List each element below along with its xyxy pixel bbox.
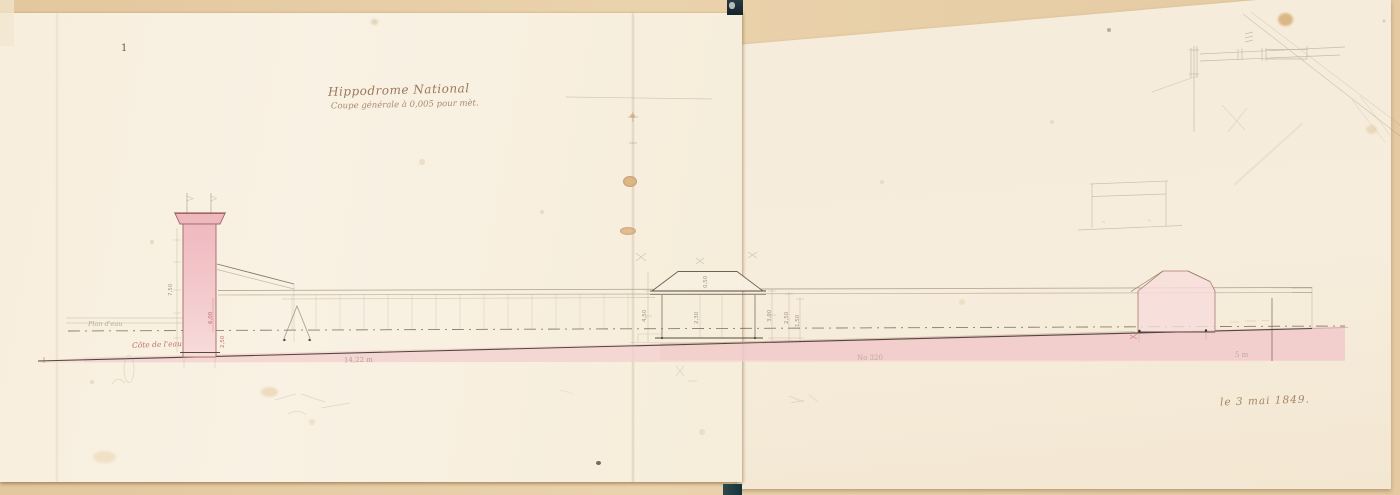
detail-rectangle-sketch — [1078, 181, 1182, 230]
ink-speck — [1107, 28, 1111, 32]
dimension-pavilion-right-a: 3,00 — [767, 310, 773, 322]
central-pavilion — [630, 252, 804, 343]
fold-damage-spot — [623, 176, 637, 187]
fold-crosses — [566, 97, 712, 143]
ink-speck — [596, 461, 601, 465]
page-number-mark: 1 — [121, 44, 127, 54]
dimension-pavilion-left: 4,50 — [642, 310, 648, 322]
scale-mark-note: 5 m — [1235, 352, 1248, 359]
scanned-drawing-canvas: 1 Hippodrome National Coupe générale à 0… — [0, 0, 1400, 495]
paper-stain — [1278, 13, 1293, 26]
tower-section — [173, 193, 311, 368]
water-level-label: Côte de l'eau — [132, 340, 182, 349]
datum-label: Plan d'eau — [88, 321, 122, 328]
dimension-pavilion-inner-top: 0,50 — [703, 276, 709, 288]
dimension-pavilion-right-b: 2,50 — [784, 312, 790, 324]
binding-clip-bottom — [723, 484, 742, 495]
pencil-scribbles — [112, 356, 818, 416]
paper-stain — [371, 19, 378, 25]
paper-stain — [261, 387, 278, 397]
elevation-drawing — [0, 0, 1400, 495]
dimension-tower-base: 2,50 — [220, 336, 226, 348]
binding-clip-glint — [729, 2, 735, 9]
dimension-pavilion-inner: 2,30 — [694, 312, 700, 324]
title-inscription: Hippodrome National — [328, 82, 470, 98]
gallery-length-note: 14,22 m — [344, 357, 373, 365]
fold-damage-spot — [630, 114, 635, 118]
dimension-tower-height: 7,50 — [168, 284, 174, 296]
binding-clip-top — [727, 0, 743, 15]
dimension-tower-right: 6,00 — [208, 312, 214, 324]
paper-stain — [93, 451, 116, 463]
dimension-pavilion-right-c: 1,50 — [795, 315, 801, 327]
corner-plan-sketch — [1152, 12, 1400, 142]
fold-damage-spot — [620, 227, 636, 235]
paper-stain — [1366, 125, 1377, 134]
plan-number-note: No 320 — [857, 355, 883, 362]
